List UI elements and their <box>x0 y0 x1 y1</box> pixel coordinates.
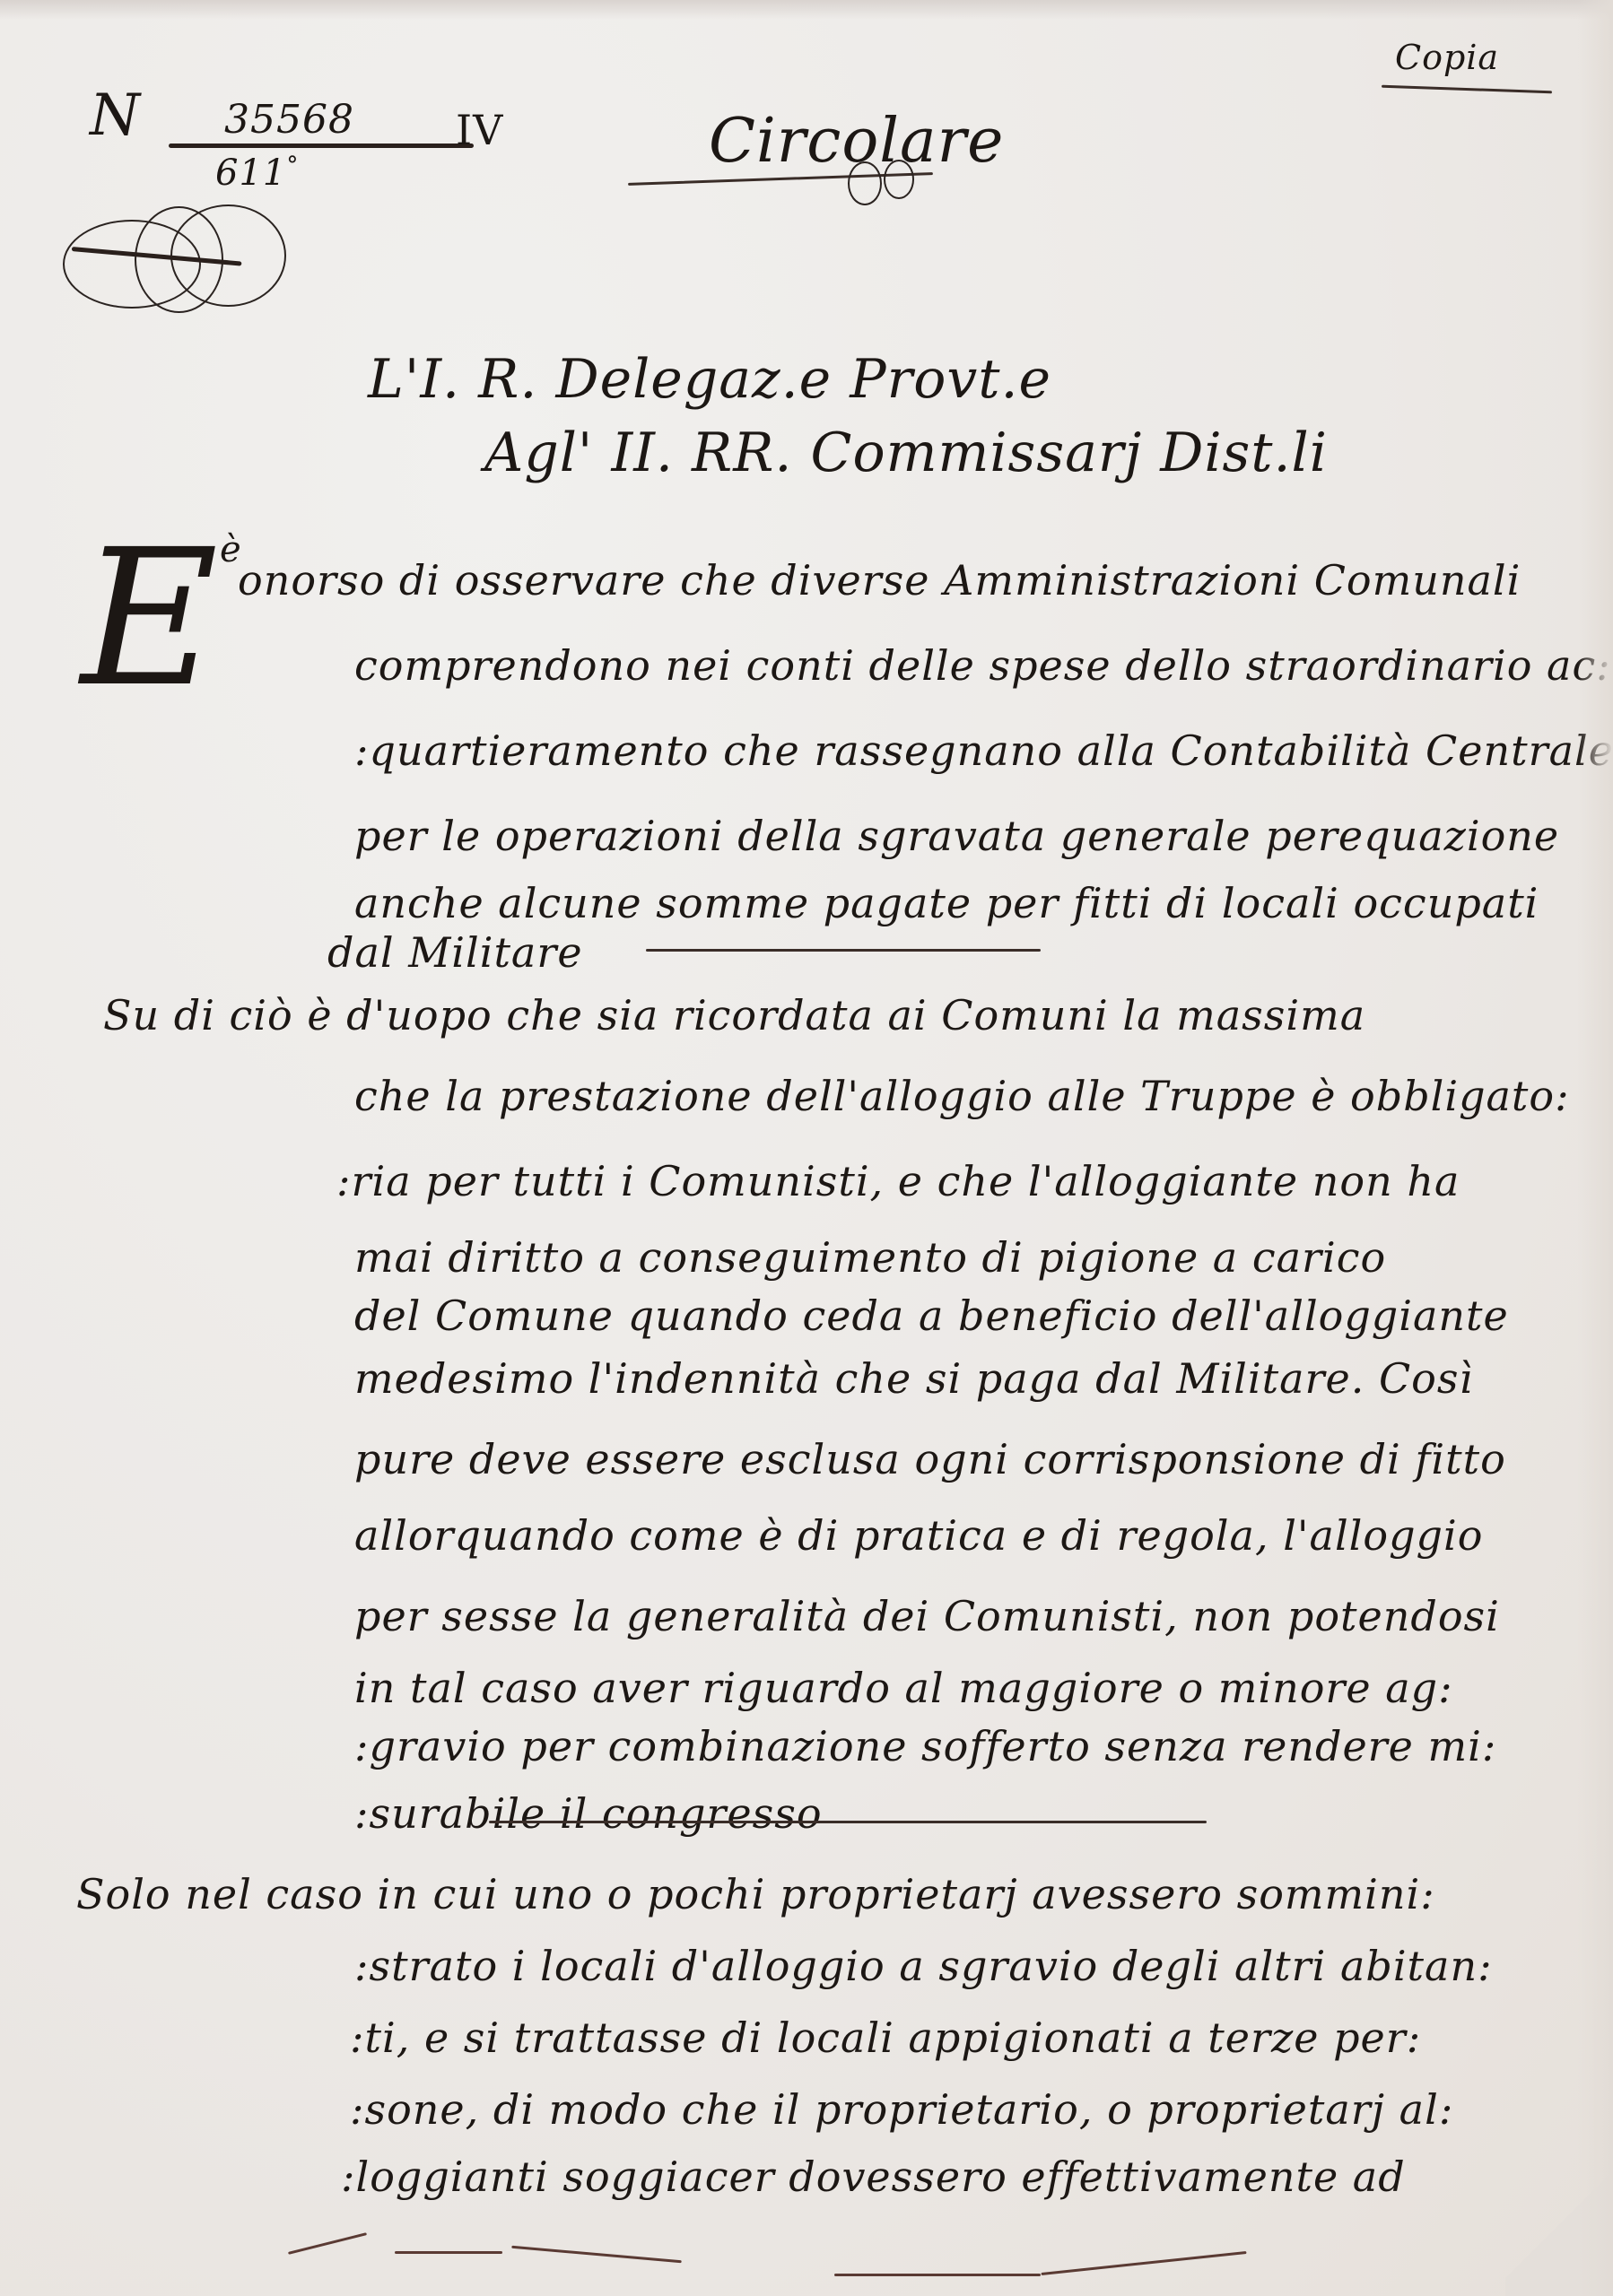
sender-line: L'I. R. Delegaz.e Provt.e <box>368 348 1051 411</box>
paragraph-3-line: :strato i locali d'alloggio a sgravio de… <box>354 1942 1493 1990</box>
paragraph-2-line: :surabile il congresso <box>354 1789 823 1838</box>
paragraph-3-line: :ti, e si trattasse di locali appigionat… <box>350 2013 1421 2062</box>
paragraph-1-line: onorso di osservare che diverse Amminist… <box>238 556 1521 604</box>
paragraph-2-line: mai diritto a conseguimento di pigione a… <box>354 1233 1386 1282</box>
paragraph-2-line: :gravio per combinazione sofferto senza … <box>354 1722 1496 1770</box>
decorated-initial: E <box>81 525 218 713</box>
paragraph-2-line: medesimo l'indennità che si paga dal Mil… <box>354 1354 1473 1403</box>
protocol-sub-number: 611° <box>215 152 299 194</box>
paragraph-1-end-stroke <box>646 949 1041 952</box>
title-flourish <box>848 161 882 205</box>
protocol-prefix: N <box>90 83 141 149</box>
paragraph-2-line: :ria per tutti i Comunisti, e che l'allo… <box>336 1157 1460 1205</box>
recipient-line: Agl' II. RR. Commissarj Dist.li <box>484 422 1328 484</box>
paragraph-2-line: Su di ciò è d'uopo che sia ricordata ai … <box>103 991 1365 1039</box>
paragraph-1-line: per le operazioni della sgravata general… <box>354 812 1559 860</box>
bottom-flourish-stroke <box>288 2232 367 2255</box>
paragraph-3-line: :sone, di modo che il proprietario, o pr… <box>350 2085 1453 2134</box>
paragraph-3-line: :loggianti soggiacer dovessero effettiva… <box>341 2152 1406 2201</box>
paragraph-2-line: allorquando come è di pratica e di regol… <box>354 1511 1483 1560</box>
paragraph-2-line: che la prestazione dell'alloggio alle Tr… <box>354 1072 1570 1120</box>
bottom-flourish-stroke <box>834 2274 1041 2276</box>
paragraph-1-line: anche alcune somme pagate per fitti di l… <box>354 879 1539 927</box>
copy-mark: Copia <box>1395 38 1499 77</box>
protocol-divider <box>169 143 474 148</box>
paragraph-3-line: Solo nel caso in cui uno o pochi proprie… <box>76 1870 1435 1918</box>
bottom-flourish-stroke <box>395 2251 502 2254</box>
copy-mark-underline <box>1382 85 1552 94</box>
protocol-flourish <box>170 204 286 307</box>
protocol-number: 35568 <box>224 97 354 143</box>
paragraph-2-end-stroke <box>489 1821 1207 1823</box>
paragraph-1-line: dal Militare <box>327 928 583 977</box>
section-roman-numeral: IV <box>456 106 503 154</box>
torn-corner <box>1505 2152 1613 2296</box>
paragraph-1-line: :quartieramento che rassegnano alla Cont… <box>354 726 1613 775</box>
paragraph-2-line: in tal caso aver riguardo al maggiore o … <box>354 1664 1453 1712</box>
bottom-flourish-stroke <box>1041 2251 1246 2275</box>
manuscript-page: N 35568 611° IV Copia Circolare L'I. R. … <box>0 0 1613 2296</box>
bottom-flourish-stroke <box>511 2246 682 2264</box>
paragraph-2-line: pure deve essere esclusa ogni corrispons… <box>354 1435 1506 1483</box>
title-flourish <box>884 160 914 199</box>
paragraph-2-line: per sesse la generalità dei Comunisti, n… <box>354 1592 1500 1640</box>
paragraph-2-line: del Comune quando ceda a beneficio dell'… <box>354 1291 1509 1340</box>
paragraph-1-line: comprendono nei conti delle spese dello … <box>354 641 1611 690</box>
